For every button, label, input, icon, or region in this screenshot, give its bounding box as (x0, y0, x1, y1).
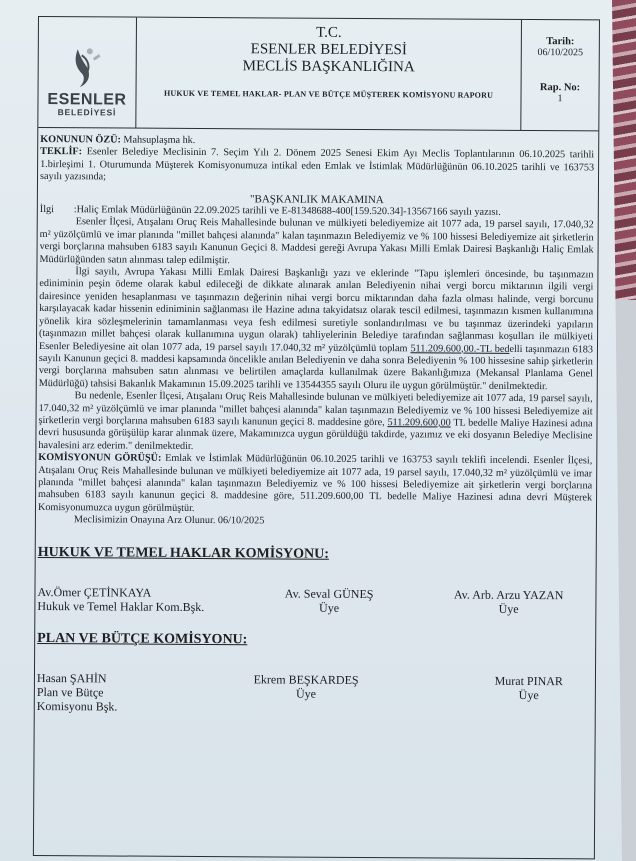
rap-label: Rap. No: (522, 82, 599, 93)
signature-row-hukuk: Av.Ömer ÇETİNKAYA Hukuk ve Temel Haklar … (37, 585, 591, 616)
signature-block: Hasan ŞAHİN Plan ve Bütçe Komisyonu Bşk. (37, 671, 118, 713)
paragraph-1: Esenler İlçesi, Atışalanı Oruç Reis Maha… (39, 216, 593, 269)
member-name: Hasan ŞAHİN (37, 671, 118, 685)
closing-line: Meclisimizin Onayına Arz Olunur. 06/10/2… (38, 514, 592, 530)
opinion-label: KOMİSYONUN GÖRÜŞÜ: (38, 452, 161, 464)
signature-block: Av. Arb. Arzu YAZAN Üye (454, 588, 564, 617)
member-role: Üye (285, 601, 374, 616)
report-title: HUKUK VE TEMEL HAKLAR- PLAN VE BÜTÇE MÜŞ… (136, 89, 520, 101)
signature-row-plan: Hasan ŞAHİN Plan ve Bütçe Komisyonu Bşk.… (37, 671, 591, 716)
member-name: Av. Arb. Arzu YAZAN (454, 588, 564, 603)
paragraph-2-text: İlgi sayılı, Avrupa Yakası Milli Emlak D… (39, 266, 594, 353)
logo-cell: ESENLER BELEDİYESİ (38, 17, 137, 128)
paragraph-3: Bu nedenle, Esenler İlçesi, Atışalanı Or… (38, 390, 592, 455)
document-header: ESENLER BELEDİYESİ T.C. ESENLER BELEDİYE… (38, 17, 599, 131)
subject-label: KONUNUN ÖZÜ: (40, 134, 121, 145)
meta-cell: Tarih: 06/10/2025 Rap. No: 1 (520, 20, 599, 130)
document-frame: ESENLER BELEDİYESİ T.C. ESENLER BELEDİYE… (33, 16, 600, 859)
member-role: Üye (494, 688, 562, 702)
paragraph-2-amount: 511.209.600,00.-TL bed (410, 343, 509, 355)
committee-title-plan: PLAN VE BÜTÇE KOMİSYONU: (37, 633, 591, 649)
member-role: Komisyonu Bşk. (37, 699, 118, 713)
office-name: MECLİS BAŞKANLIĞINA (137, 58, 521, 77)
committee-title-hukuk: HUKUK VE TEMEL HAKLAR KOMİSYONU: (38, 547, 592, 563)
member-name: Murat PINAR (495, 674, 563, 688)
member-name: Av. Seval GÜNEŞ (285, 587, 374, 602)
title-cell: T.C. ESENLER BELEDİYESİ MECLİS BAŞKANLIĞ… (136, 18, 521, 130)
signature-block: Av.Ömer ÇETİNKAYA Hukuk ve Temel Haklar … (37, 585, 204, 614)
signature-block: Murat PINAR Üye (494, 674, 563, 716)
esenler-logo-icon (67, 45, 107, 89)
signature-block: Ekrem BEŞKARDEŞ Üye (253, 673, 358, 716)
member-role: Hukuk ve Temel Haklar Kom.Bşk. (37, 599, 204, 614)
paragraph-3-amount: 511.209.600,00 (387, 417, 450, 428)
proposal-paragraph: TEKLİF: Esenler Belediye Meclisinin 7. S… (40, 146, 594, 187)
member-role: Üye (253, 687, 358, 702)
subject-text: Mahsuplaşma hk. (121, 135, 195, 146)
document-page: ESENLER BELEDİYESİ T.C. ESENLER BELEDİYE… (0, 0, 622, 861)
commission-opinion: KOMİSYONUN GÖRÜŞÜ: Emlak ve İstimlak Müd… (38, 452, 592, 517)
rap-value: 1 (521, 93, 598, 104)
logo-subtitle: BELEDİYESİ (58, 107, 117, 117)
paragraph-2: İlgi sayılı, Avrupa Yakası Milli Emlak D… (39, 266, 594, 393)
member-role: Plan ve Bütçe (37, 685, 118, 699)
document-body: KONUNUN ÖZÜ: Mahsuplaşma hk. TEKLİF: Ese… (35, 128, 599, 717)
member-name: Ekrem BEŞKARDEŞ (254, 673, 359, 688)
date-label: Tarih: (522, 36, 599, 47)
logo-name: ESENLER (47, 93, 126, 107)
ilgi-label: İlgi (40, 204, 74, 217)
member-role: Üye (454, 602, 564, 617)
signature-block: Av. Seval GÜNEŞ Üye (285, 587, 374, 616)
member-name: Av.Ömer ÇETİNKAYA (37, 585, 204, 600)
date-value: 06/10/2025 (522, 47, 599, 58)
proposal-label: TEKLİF: (40, 146, 82, 157)
proposal-text: Esenler Belediye Meclisinin 7. Seçim Yıl… (40, 147, 594, 183)
